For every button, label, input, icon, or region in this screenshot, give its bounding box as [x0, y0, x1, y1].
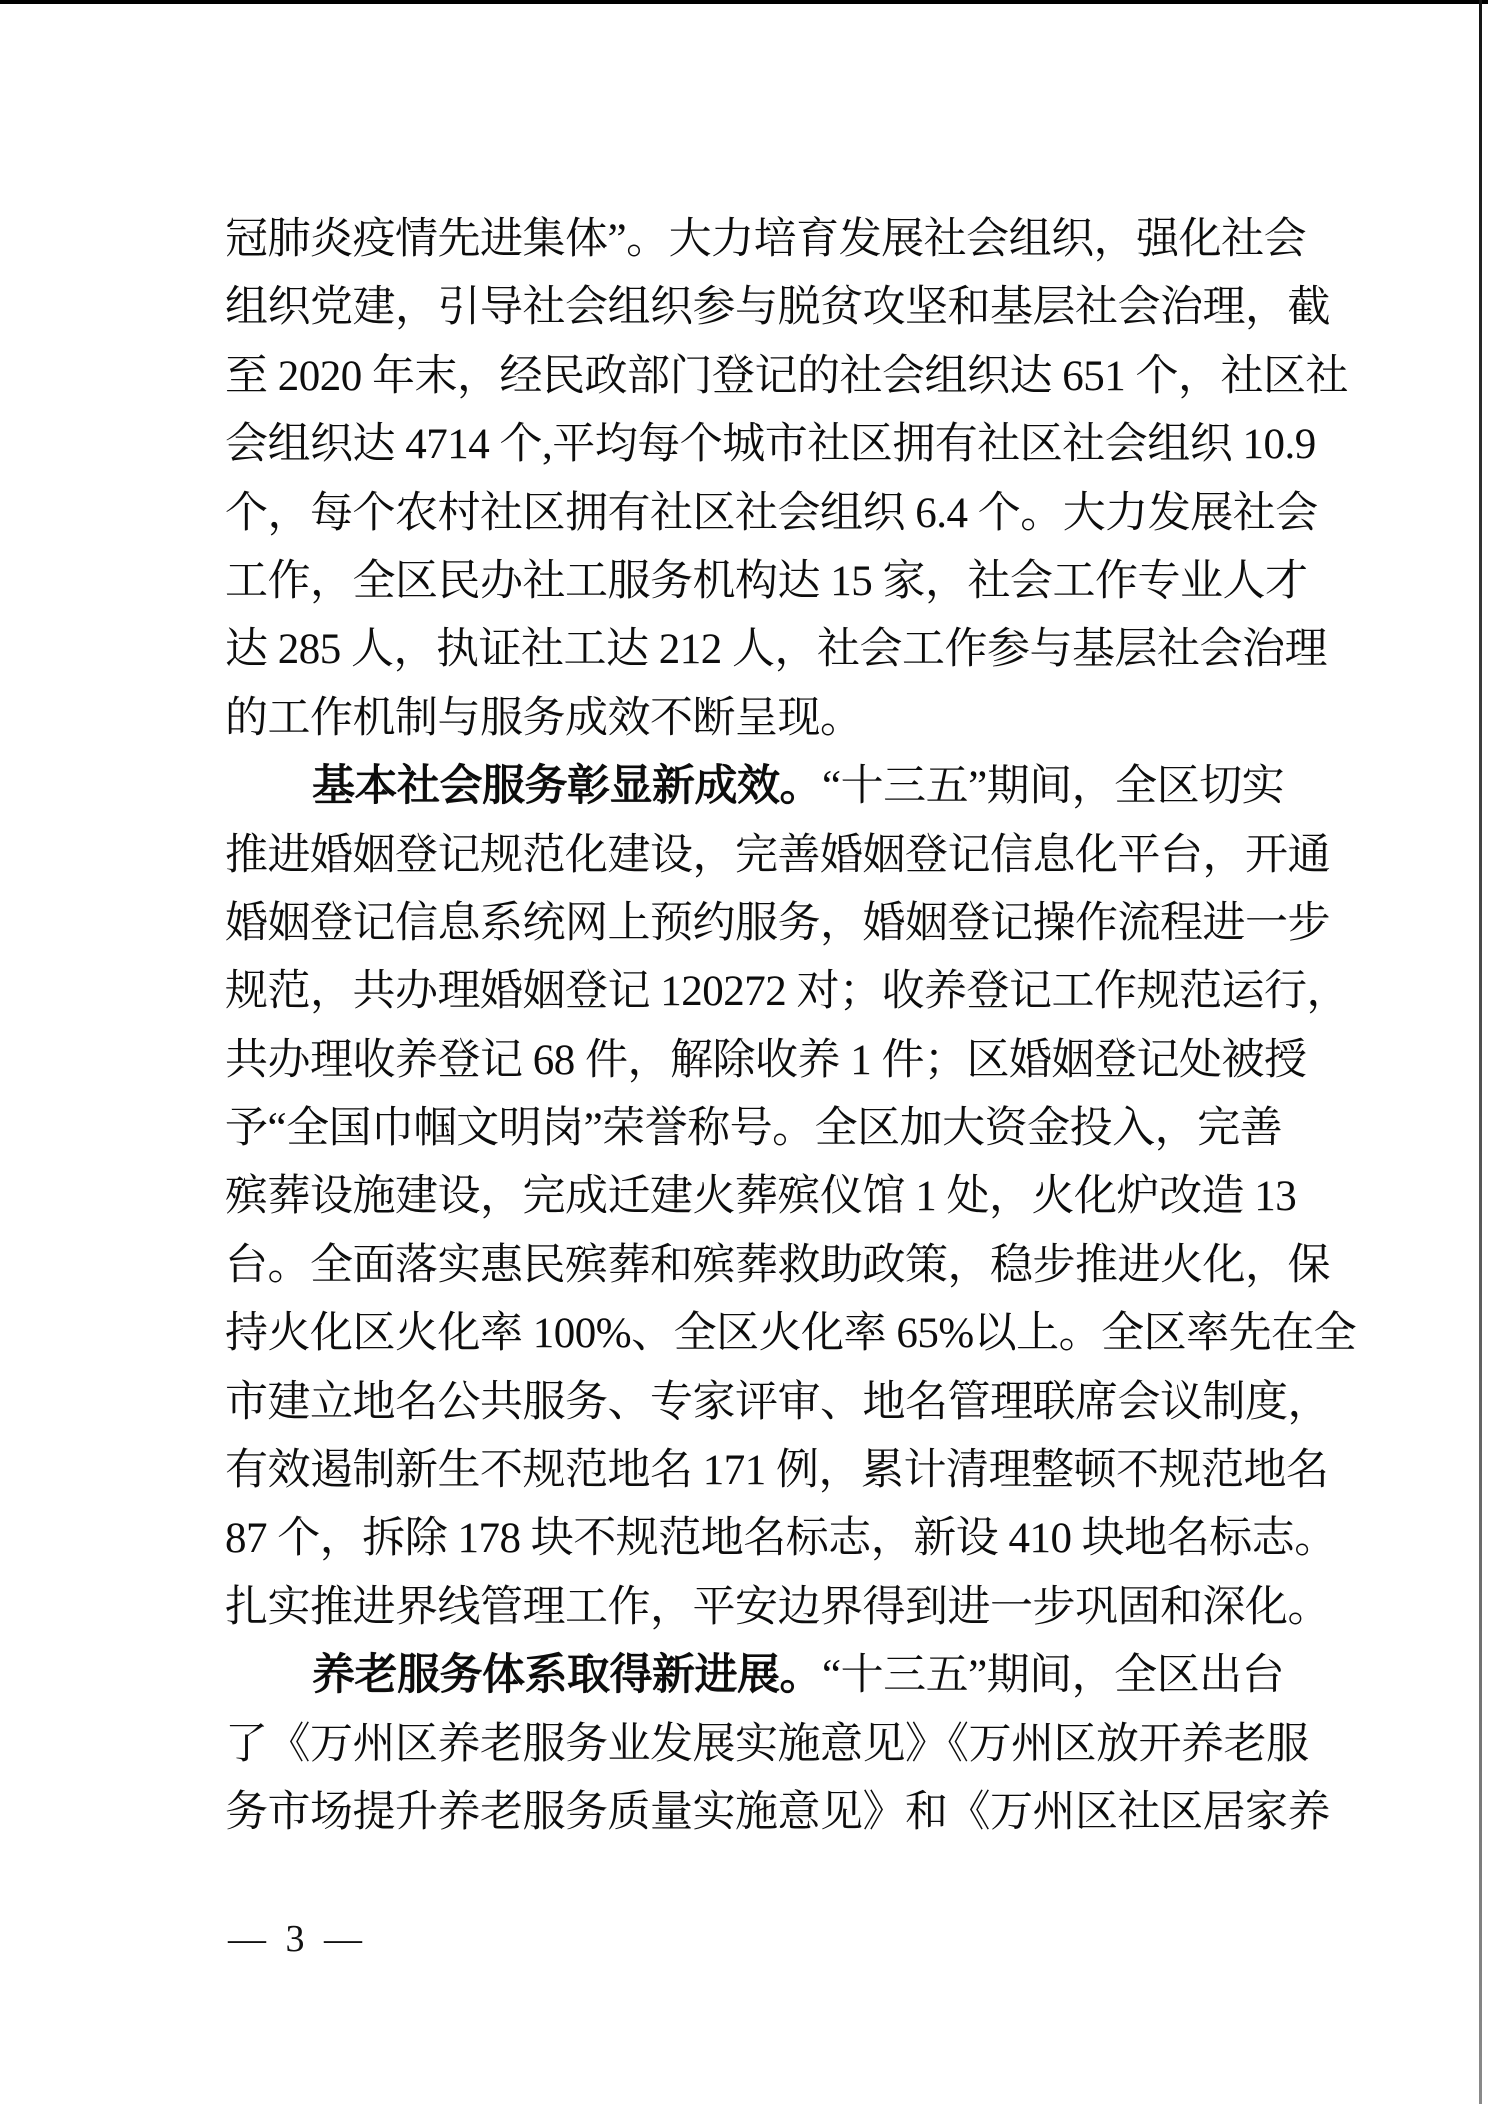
text-line: 规范，共办理婚姻登记 120272 对；收养登记工作规范运行，	[225, 958, 1315, 1026]
line-text: “十三五”期间，全区出台	[822, 1652, 1284, 1699]
text-line: 共办理收养登记 68 件，解除收养 1 件；区婚姻登记处被授	[225, 1027, 1315, 1095]
line-text: 市建立地名公共服务、专家评审、地名管理联席会议制度，	[225, 1379, 1330, 1426]
line-text: 台。全面落实惠民殡葬和殡葬救助政策，稳步推进火化，保	[225, 1242, 1330, 1289]
line-text: 冠肺炎疫情先进集体”。大力培育发展社会组织，强化社会	[225, 216, 1306, 263]
paragraph-lead-bold: 养老服务体系取得新进展。	[312, 1652, 822, 1699]
paragraph-lead-bold: 基本社会服务彰显新成效。	[312, 763, 822, 810]
line-text: 殡葬设施建设，完成迁建火葬殡仪馆 1 处，火化炉改造 13	[225, 1173, 1296, 1220]
line-text: 扎实推进界线管理工作，平安边界得到进一步巩固和深化。	[225, 1584, 1330, 1631]
text-line: 达 285 人，执证社工达 212 人，社会工作参与基层社会治理	[225, 616, 1315, 684]
text-line: 组织党建，引导社会组织参与脱贫攻坚和基层社会治理，截	[225, 274, 1315, 342]
line-text: 至 2020 年末，经民政部门登记的社会组织达 651 个，社区社	[225, 353, 1348, 400]
line-text: 工作，全区民办社工服务机构达 15 家，社会工作专业人才	[225, 558, 1308, 605]
line-text: 共办理收养登记 68 件，解除收养 1 件；区婚姻登记处被授	[225, 1037, 1307, 1084]
document-page: 冠肺炎疫情先进集体”。大力培育发展社会组织，强化社会组织党建，引导社会组织参与脱…	[0, 0, 1488, 2104]
line-text: 达 285 人，执证社工达 212 人，社会工作参与基层社会治理	[225, 626, 1327, 673]
line-text: 规范，共办理婚姻登记 120272 对；收养登记工作规范运行，	[225, 968, 1349, 1015]
text-line: 推进婚姻登记规范化建设，完善婚姻登记信息化平台，开通	[225, 822, 1315, 890]
text-line: 殡葬设施建设，完成迁建火葬殡仪馆 1 处，火化炉改造 13	[225, 1163, 1315, 1231]
text-line: 扎实推进界线管理工作，平安边界得到进一步巩固和深化。	[225, 1574, 1315, 1642]
text-line: 了《万州区养老服务业发展实施意见》《万州区放开养老服	[225, 1711, 1315, 1779]
line-text: 务市场提升养老服务质量实施意见》和《万州区社区居家养	[225, 1789, 1330, 1836]
top-scan-edge	[0, 0, 1488, 4]
text-line: 有效遏制新生不规范地名 171 例，累计清理整顿不规范地名	[225, 1437, 1315, 1505]
page-number: — 3 —	[228, 1916, 367, 1962]
line-text: 的工作机制与服务成效不断呈现。	[225, 695, 863, 742]
document-body: 冠肺炎疫情先进集体”。大力培育发展社会组织，强化社会组织党建，引导社会组织参与脱…	[225, 206, 1315, 1847]
right-scan-edge	[1479, 0, 1482, 2104]
text-line: 工作，全区民办社工服务机构达 15 家，社会工作专业人才	[225, 548, 1315, 616]
line-text: 持火化区火化率 100%、全区火化率 65%以上。全区率先在全	[225, 1310, 1356, 1357]
text-line: 至 2020 年末，经民政部门登记的社会组织达 651 个，社区社	[225, 343, 1315, 411]
line-text: 婚姻登记信息系统网上预约服务，婚姻登记操作流程进一步	[225, 900, 1330, 947]
text-line: 务市场提升养老服务质量实施意见》和《万州区社区居家养	[225, 1779, 1315, 1847]
line-text: “十三五”期间，全区切实	[822, 763, 1284, 810]
text-line: 冠肺炎疫情先进集体”。大力培育发展社会组织，强化社会	[225, 206, 1315, 274]
text-line: 市建立地名公共服务、专家评审、地名管理联席会议制度，	[225, 1369, 1315, 1437]
text-line: 会组织达 4714 个,平均每个城市社区拥有社区社会组织 10.9	[225, 411, 1315, 479]
line-text: 个，每个农村社区拥有社区社会组织 6.4 个。大力发展社会	[225, 490, 1318, 537]
line-text: 有效遏制新生不规范地名 171 例，累计清理整顿不规范地名	[225, 1447, 1329, 1494]
line-text: 组织党建，引导社会组织参与脱贫攻坚和基层社会治理，截	[225, 284, 1330, 331]
text-line: 87 个，拆除 178 块不规范地名标志，新设 410 块地名标志。	[225, 1505, 1315, 1573]
text-line: 持火化区火化率 100%、全区火化率 65%以上。全区率先在全	[225, 1300, 1315, 1368]
line-text: 了《万州区养老服务业发展实施意见》《万州区放开养老服	[225, 1721, 1309, 1768]
line-text: 87 个，拆除 178 块不规范地名标志，新设 410 块地名标志。	[225, 1515, 1337, 1562]
line-text: 予“全国巾帼文明岗”荣誉称号。全区加大资金投入，完善	[225, 1105, 1282, 1152]
line-text: 会组织达 4714 个,平均每个城市社区拥有社区社会组织 10.9	[225, 421, 1316, 468]
text-line: 台。全面落实惠民殡葬和殡葬救助政策，稳步推进火化，保	[225, 1232, 1315, 1300]
text-line: 个，每个农村社区拥有社区社会组织 6.4 个。大力发展社会	[225, 480, 1315, 548]
line-text: 推进婚姻登记规范化建设，完善婚姻登记信息化平台，开通	[225, 832, 1330, 879]
text-line: 的工作机制与服务成效不断呈现。	[225, 685, 1315, 753]
text-line: 基本社会服务彰显新成效。“十三五”期间，全区切实	[225, 753, 1315, 821]
text-line: 婚姻登记信息系统网上预约服务，婚姻登记操作流程进一步	[225, 890, 1315, 958]
text-line: 予“全国巾帼文明岗”荣誉称号。全区加大资金投入，完善	[225, 1095, 1315, 1163]
text-line: 养老服务体系取得新进展。“十三五”期间，全区出台	[225, 1642, 1315, 1710]
